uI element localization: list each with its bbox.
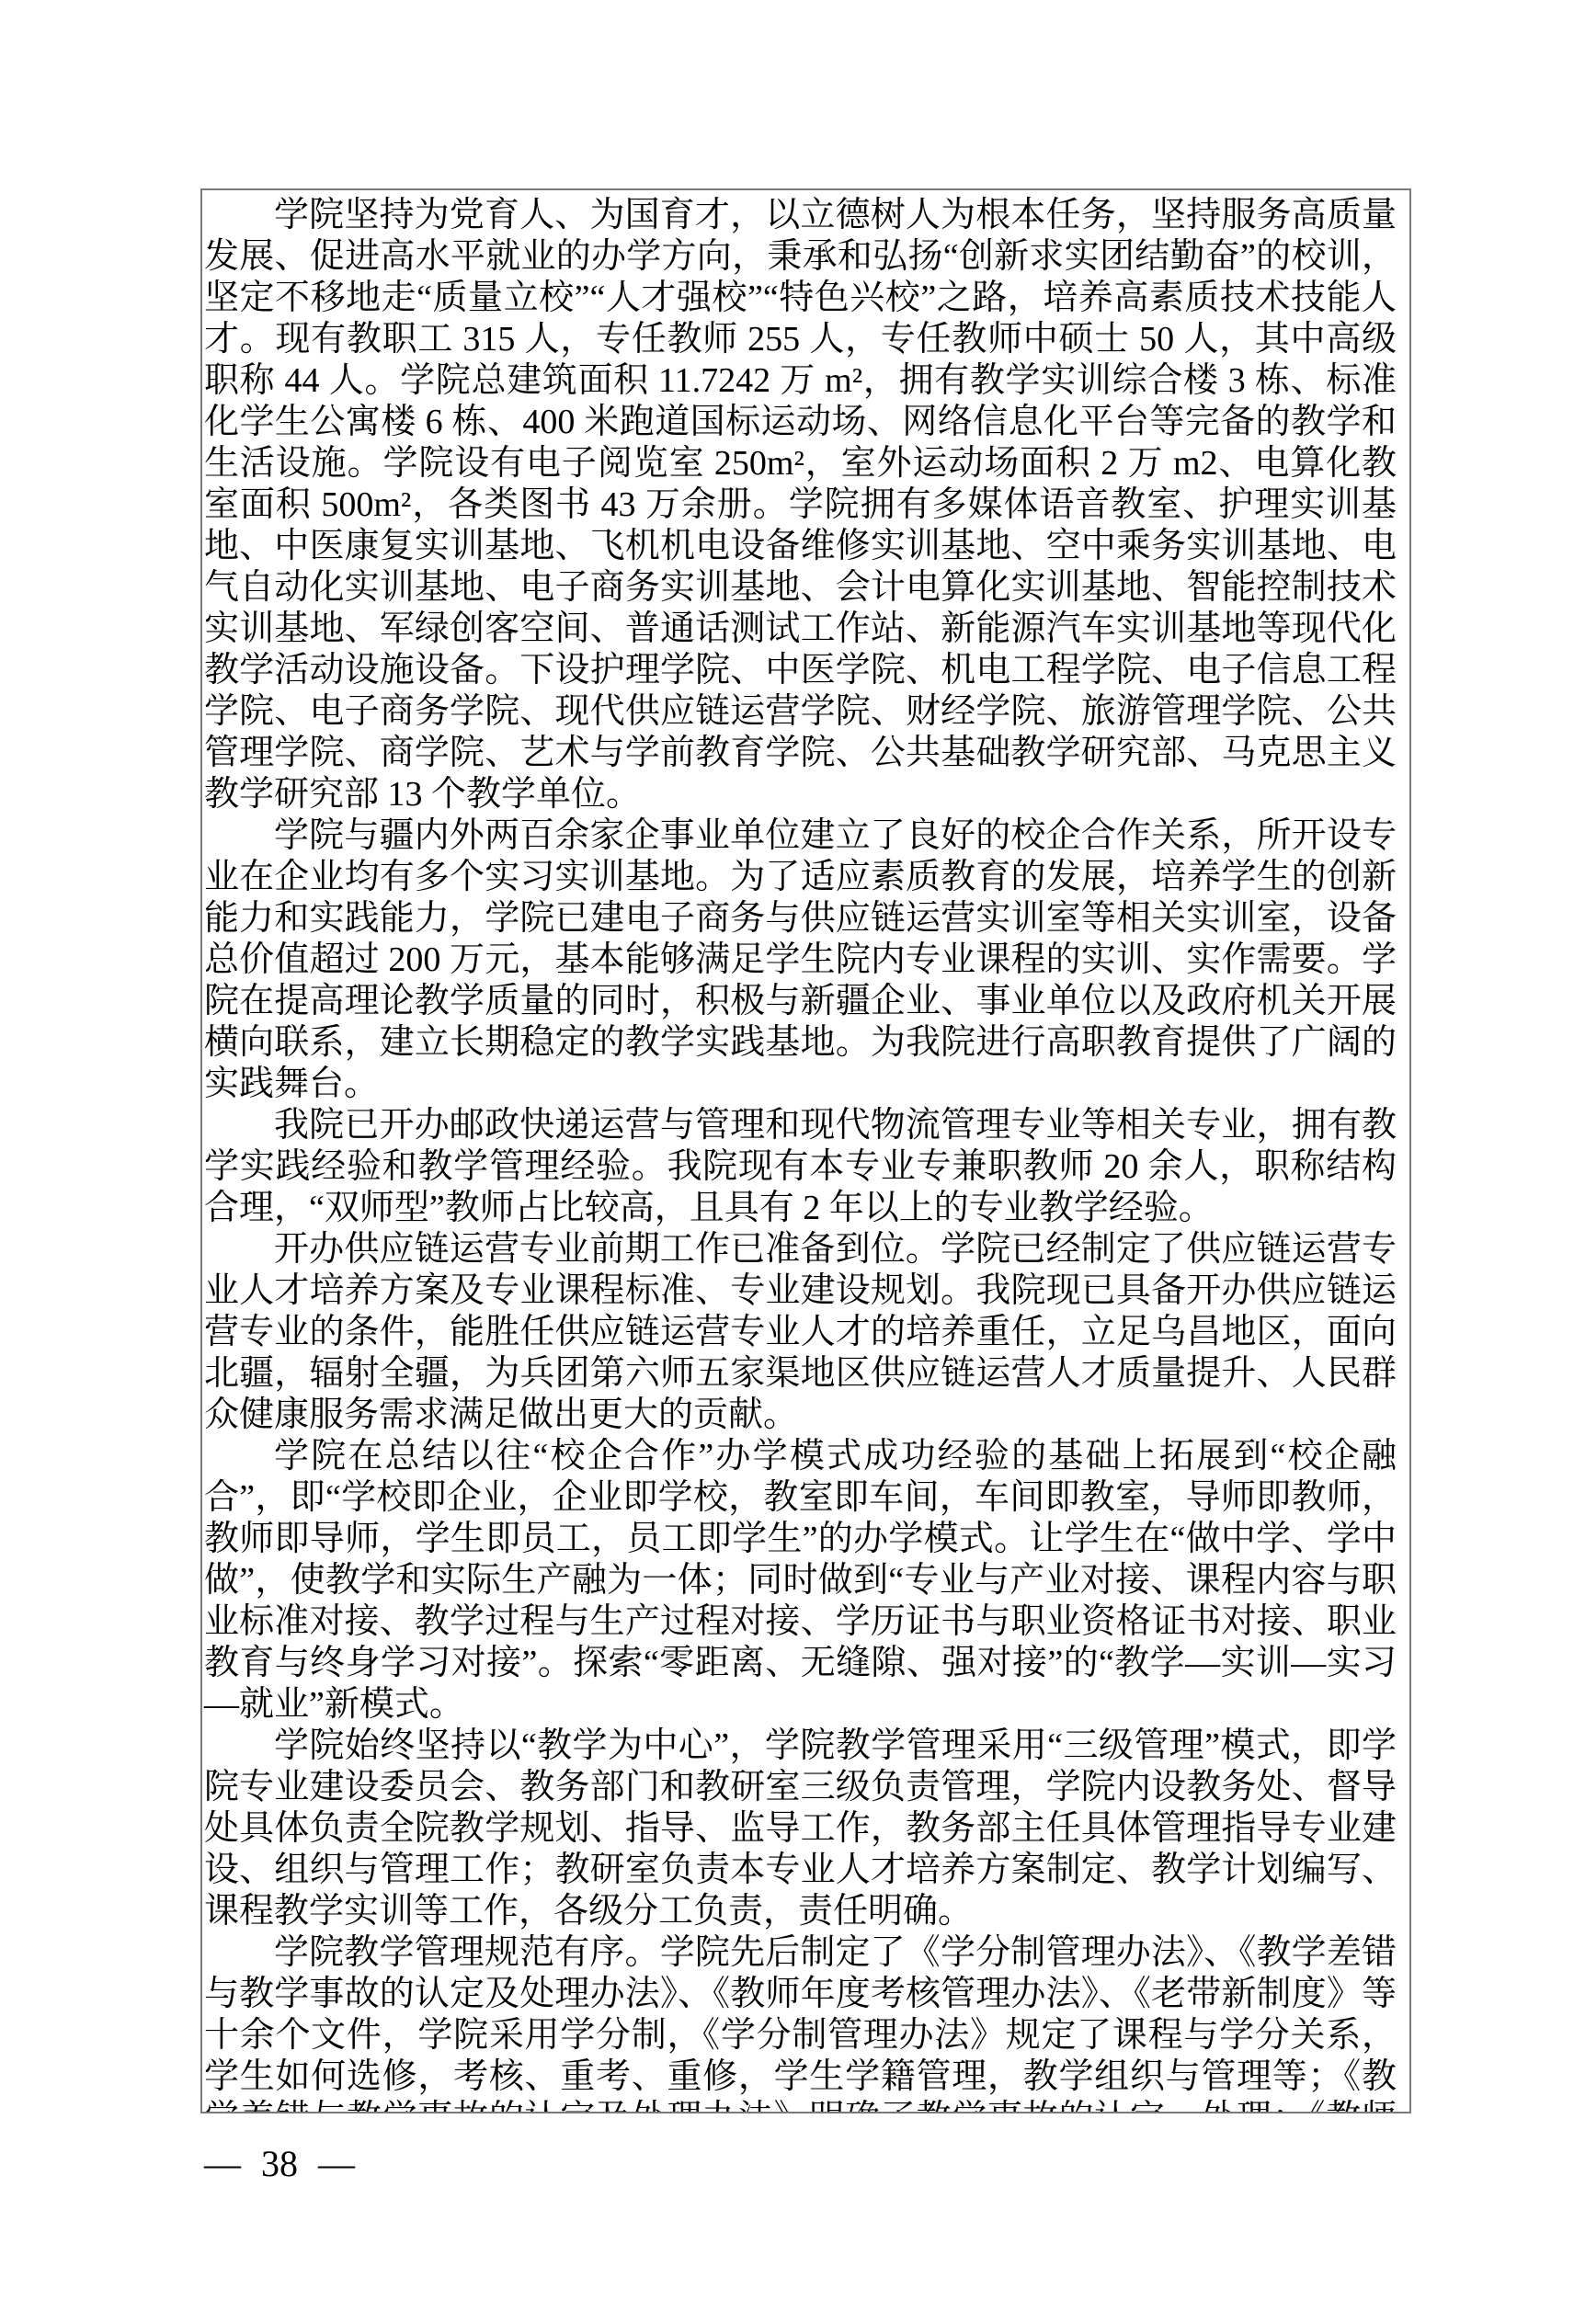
paragraph-teaching-management-model: 学院始终坚持以“教学为中心”，学院教学管理采用“三级管理”模式，即学院专业建设委…: [204, 1726, 1397, 1932]
paragraph-teaching-regulations: 学院教学管理规范有序。学院先后制定了《学分制管理办法》、《教学差错与教学事故的认…: [204, 1932, 1397, 2113]
paragraph-overview: 学院坚持为党育人、为国育才，以立德树人为根本任务，坚持服务高质量发展、促进高水平…: [204, 195, 1397, 815]
paragraph-existing-programs: 我院已开办邮政快递运营与管理和现代物流管理专业等相关专业，拥有教学实践经验和教学…: [204, 1105, 1397, 1229]
page: 学院坚持为党育人、为国育才，以立德树人为根本任务，坚持服务高质量发展、促进高水平…: [0, 0, 1574, 2324]
page-number: — 38 —: [204, 2142, 355, 2185]
paragraph-supply-chain-preparation: 开办供应链运营专业前期工作已准备到位。学院已经制定了供应链运营专业人才培养方案及…: [204, 1229, 1397, 1436]
paragraph-school-enterprise-integration: 学院在总结以往“校企合作”办学模式成功经验的基础上拓展到“校企融合”，即“学校即…: [204, 1436, 1397, 1726]
paragraph-school-enterprise-cooperation: 学院与疆内外两百余家企事业单位建立了良好的校企合作关系，所开设专业在企业均有多个…: [204, 815, 1397, 1105]
document-text-frame: 学院坚持为党育人、为国育才，以立德树人为根本任务，坚持服务高质量发展、促进高水平…: [200, 188, 1411, 2113]
